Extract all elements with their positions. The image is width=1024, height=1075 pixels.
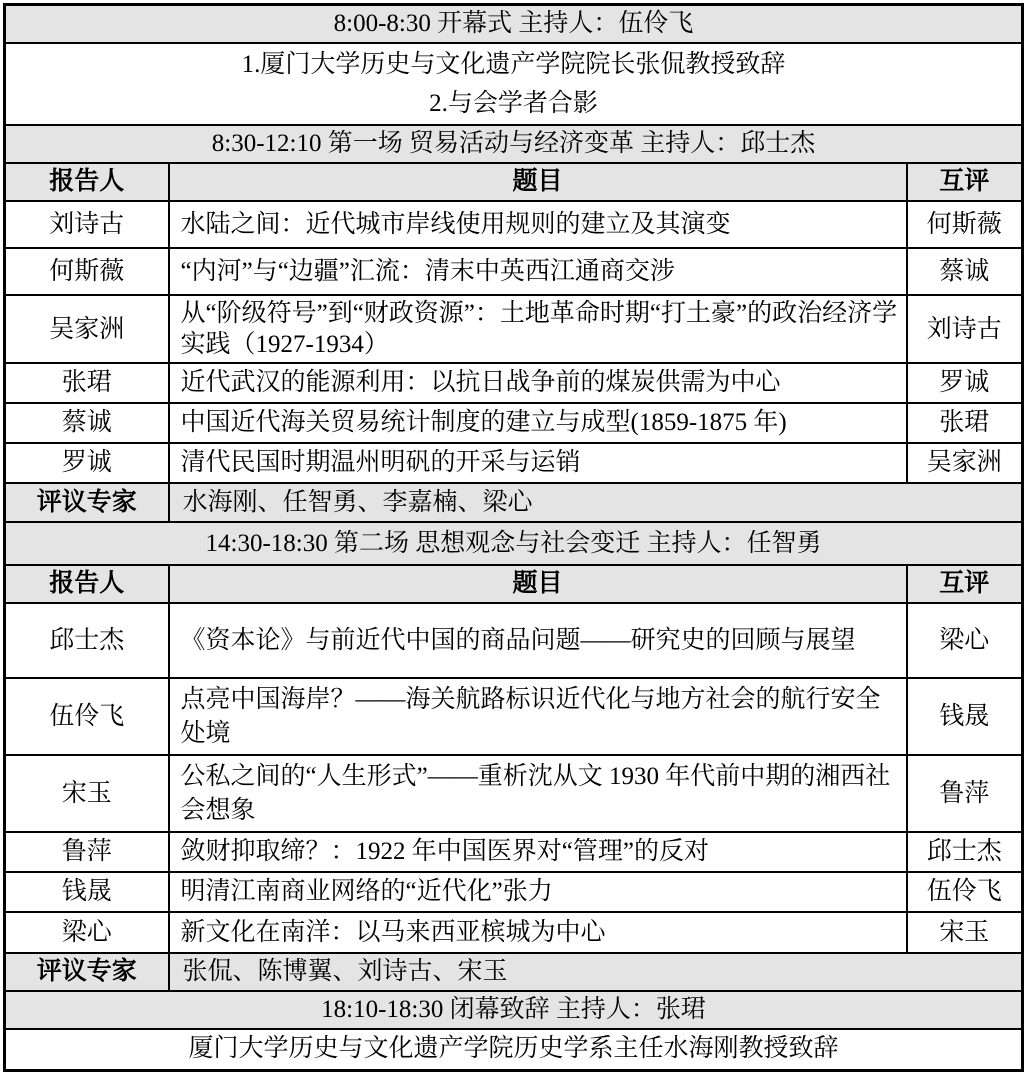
paper-title: 近代武汉的能源利用：以抗日战争前的煤炭供需为中心 [169,363,907,403]
presenter-name: 宋玉 [5,755,169,832]
session2-header: 14:30-18:30 第二场 思想观念与社会变迁 主持人：任智勇 [5,522,1023,565]
table-row: 鲁萍 敛财抑取缔？：1922 年中国医界对“管理”的反对 邱士杰 [5,832,1023,872]
reviewer-name: 伍伶飞 [907,872,1023,912]
reviewer-name: 梁心 [907,603,1023,678]
table-row: 何斯薇 “内河”与“边疆”汇流：清末中英西江通商交涉 蔡诚 [5,248,1023,295]
session1-header-row: 8:30-12:10 第一场 贸易活动与经济变革 主持人：邱士杰 [5,125,1023,163]
session2-column-header-row: 报告人 题目 互评 [5,565,1023,603]
reviewer-name: 刘诗古 [907,295,1023,363]
presenter-name: 鲁萍 [5,832,169,872]
presenter-name: 何斯薇 [5,248,169,295]
opening-session-header: 8:00-8:30 开幕式 主持人：伍伶飞 [5,5,1023,44]
closing-item-row: 厦门大学历史与文化遗产学院历史学系主任水海刚教授致辞 [5,1029,1023,1070]
reviewer-name: 鲁萍 [907,755,1023,832]
reviewer-name: 吴家洲 [907,443,1023,483]
session1-col-title: 题目 [169,163,907,201]
discussants-names: 张侃、陈博翼、刘诗古、宋玉 [169,953,1023,991]
session1-discussants-row: 评议专家 水海刚、任智勇、李嘉楠、梁心 [5,483,1023,522]
opening-item-2: 2.与会学者合影 [7,84,1020,123]
presenter-name: 吴家洲 [5,295,169,363]
presenter-name: 邱士杰 [5,603,169,678]
reviewer-name: 邱士杰 [907,832,1023,872]
presenter-name: 梁心 [5,912,169,953]
paper-title: 明清江南商业网络的“近代化”张力 [169,872,907,912]
paper-title: 水陆之间：近代城市岸线使用规则的建立及其演变 [169,201,907,248]
closing-session-header-row: 18:10-18:30 闭幕致辞 主持人：张珺 [5,991,1023,1029]
paper-title: 从“阶级符号”到“财政资源”：土地革命时期“打土豪”的政治经济学实践（1927-… [169,295,907,363]
reviewer-name: 钱晟 [907,678,1023,755]
opening-item-1: 1.厦门大学历史与文化遗产学院院长张侃教授致辞 [7,45,1020,84]
presenter-name: 罗诚 [5,443,169,483]
table-row: 刘诗古 水陆之间：近代城市岸线使用规则的建立及其演变 何斯薇 [5,201,1023,248]
table-row: 梁心 新文化在南洋：以马来西亚槟城为中心 宋玉 [5,912,1023,953]
opening-items-cell: 1.厦门大学历史与文化遗产学院院长张侃教授致辞 2.与会学者合影 [5,43,1023,125]
paper-title: 清代民国时期温州明矾的开采与运销 [169,443,907,483]
table-row: 张珺 近代武汉的能源利用：以抗日战争前的煤炭供需为中心 罗诚 [5,363,1023,403]
paper-title: 点亮中国海岸？——海关航路标识近代化与地方社会的航行安全处境 [169,678,907,755]
presenter-name: 蔡诚 [5,403,169,443]
closing-session-header: 18:10-18:30 闭幕致辞 主持人：张珺 [5,991,1023,1029]
session1-column-header-row: 报告人 题目 互评 [5,163,1023,201]
paper-title: 公私之间的“人生形式”——重析沈从文 1930 年代前中期的湘西社会想象 [169,755,907,832]
reviewer-name: 罗诚 [907,363,1023,403]
reviewer-name: 何斯薇 [907,201,1023,248]
session2-col-presenter: 报告人 [5,565,169,603]
paper-title: 新文化在南洋：以马来西亚槟城为中心 [169,912,907,953]
discussants-label: 评议专家 [5,953,169,991]
paper-title: “内河”与“边疆”汇流：清末中英西江通商交涉 [169,248,907,295]
reviewer-name: 张珺 [907,403,1023,443]
table-row: 吴家洲 从“阶级符号”到“财政资源”：土地革命时期“打土豪”的政治经济学实践（1… [5,295,1023,363]
reviewer-name: 蔡诚 [907,248,1023,295]
paper-title: 《资本论》与前近代中国的商品问题——研究史的回顾与展望 [169,603,907,678]
conference-schedule-table: 8:00-8:30 开幕式 主持人：伍伶飞 1.厦门大学历史与文化遗产学院院长张… [3,3,1024,1072]
table-row: 蔡诚 中国近代海关贸易统计制度的建立与成型(1859-1875 年) 张珺 [5,403,1023,443]
table-row: 邱士杰 《资本论》与前近代中国的商品问题——研究史的回顾与展望 梁心 [5,603,1023,678]
discussants-names: 水海刚、任智勇、李嘉楠、梁心 [169,483,1023,522]
conference-schedule-document: 8:00-8:30 开幕式 主持人：伍伶飞 1.厦门大学历史与文化遗产学院院长张… [0,0,1024,1075]
presenter-name: 伍伶飞 [5,678,169,755]
table-row: 罗诚 清代民国时期温州明矾的开采与运销 吴家洲 [5,443,1023,483]
session1-header: 8:30-12:10 第一场 贸易活动与经济变革 主持人：邱士杰 [5,125,1023,163]
paper-title: 中国近代海关贸易统计制度的建立与成型(1859-1875 年) [169,403,907,443]
table-row: 宋玉 公私之间的“人生形式”——重析沈从文 1930 年代前中期的湘西社会想象 … [5,755,1023,832]
session2-col-title: 题目 [169,565,907,603]
presenter-name: 张珺 [5,363,169,403]
reviewer-name: 宋玉 [907,912,1023,953]
session1-col-reviewer: 互评 [907,163,1023,201]
session2-header-row: 14:30-18:30 第二场 思想观念与社会变迁 主持人：任智勇 [5,522,1023,565]
table-row: 伍伶飞 点亮中国海岸？——海关航路标识近代化与地方社会的航行安全处境 钱晟 [5,678,1023,755]
closing-item: 厦门大学历史与文化遗产学院历史学系主任水海刚教授致辞 [5,1029,1023,1070]
presenter-name: 钱晟 [5,872,169,912]
presenter-name: 刘诗古 [5,201,169,248]
discussants-label: 评议专家 [5,483,169,522]
opening-session-header-row: 8:00-8:30 开幕式 主持人：伍伶飞 [5,5,1023,44]
opening-items-row: 1.厦门大学历史与文化遗产学院院长张侃教授致辞 2.与会学者合影 [5,43,1023,125]
paper-title: 敛财抑取缔？：1922 年中国医界对“管理”的反对 [169,832,907,872]
session2-discussants-row: 评议专家 张侃、陈博翼、刘诗古、宋玉 [5,953,1023,991]
session2-col-reviewer: 互评 [907,565,1023,603]
table-row: 钱晟 明清江南商业网络的“近代化”张力 伍伶飞 [5,872,1023,912]
session1-col-presenter: 报告人 [5,163,169,201]
